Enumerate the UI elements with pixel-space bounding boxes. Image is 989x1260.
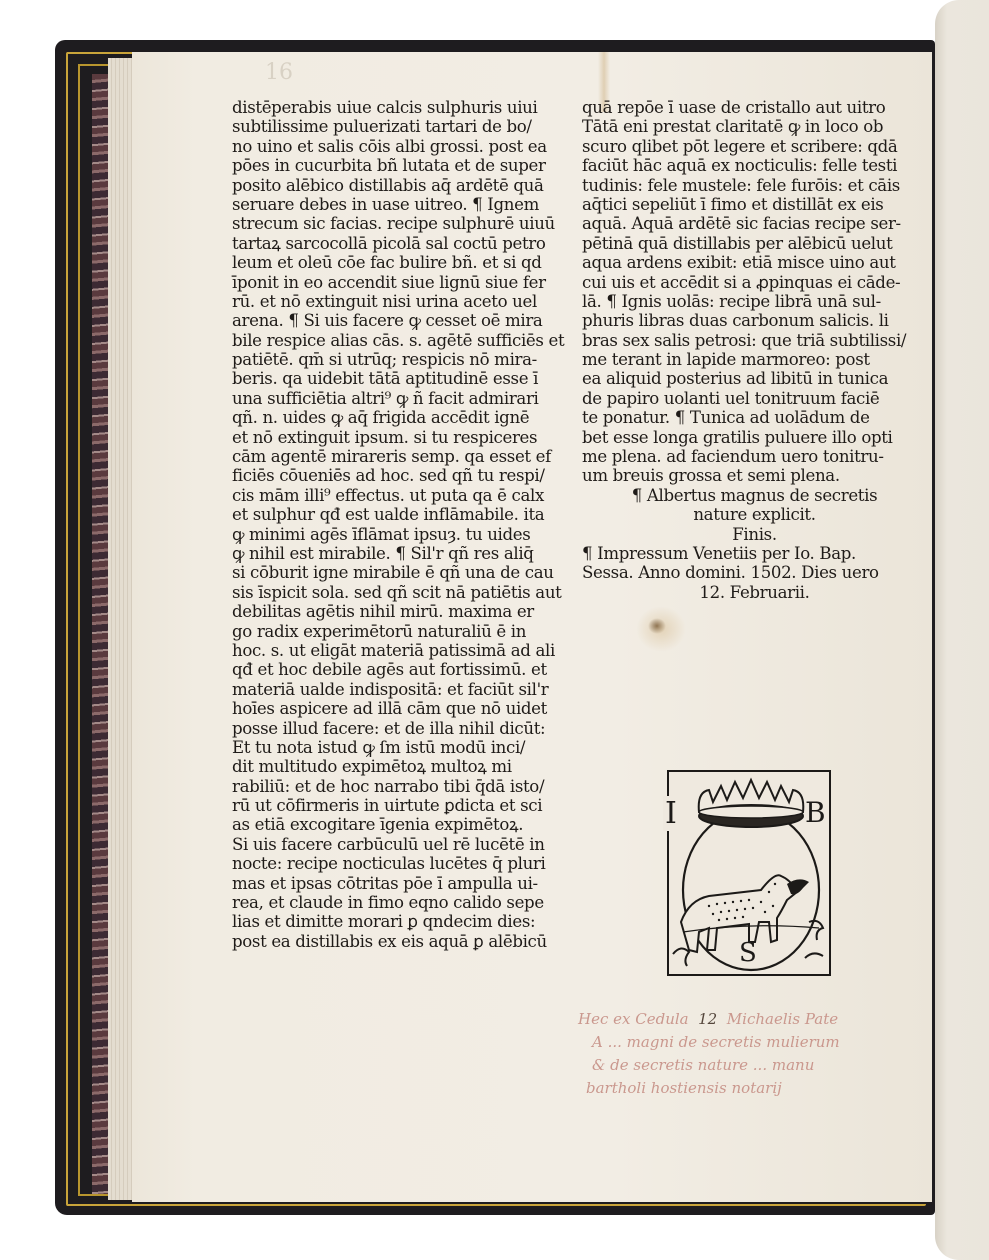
annotation-text: Michaelis Pate: [727, 1010, 838, 1028]
finis-line: Finis.: [582, 525, 927, 544]
imprint-line: ¶ Impressum Venetiis per Io. Bap.: [582, 544, 927, 563]
annotation-line: A ... magni de secretis mulierum: [578, 1031, 908, 1054]
text-line: lā. ¶ Ignis uolās: recipe librā unā sul-: [582, 292, 927, 311]
text-line: distēperabis uiue calcis sulphuris uiui: [232, 98, 577, 117]
text-line: lias et dimitte morari ꝑ qndecim dies:: [232, 912, 577, 931]
text-line: debilitas agētis nihil mirū. maxima er: [232, 602, 577, 621]
text-line: scuro qlibet pōt legere et scribere: qdā: [582, 137, 927, 156]
annotation-line: bartholi hostiensis notarij: [578, 1077, 908, 1100]
annotation-text: Hec ex Cedula: [578, 1010, 689, 1028]
text-line: cām agentē mirareris semp. qa esset ef: [232, 447, 577, 466]
printers-device-woodcut: I B S: [667, 770, 831, 976]
annotation-line: & de secretis nature ... manu: [578, 1054, 908, 1077]
text-line: pētinā quā distillabis per alēbicū uelut: [582, 234, 927, 253]
right-text-column: quā repōe ī uase de cristallo aut uitro …: [582, 98, 927, 602]
next-leaf-edge: [935, 0, 989, 1260]
text-line: Et tu nota istud ꝙ ſm istū modū inci/: [232, 738, 577, 757]
text-line: aqua ardens exibit: etiā misce uino aut: [582, 253, 927, 272]
text-line: posse illud facere: et de illa nihil dic…: [232, 719, 577, 738]
text-line: as etiā excogitare īgenia expimētoꝝ.: [232, 815, 577, 834]
text-line: um breuis grossa et semi plena.: [582, 466, 927, 485]
text-line: bet esse longa gratilis puluere illo opt…: [582, 428, 927, 447]
text-line: rea, et claude in fimo eqno calido sepe: [232, 893, 577, 912]
text-line: īponit in eo accendit siue lignū siue fe…: [232, 273, 577, 292]
text-line: leum et oleū cōe fac bulire bñ. et si qd: [232, 253, 577, 272]
text-line: ꝙ minimi agēs īflāmat ipsuȝ. tu uides: [232, 525, 577, 544]
text-line: rabiliū: et de hoc narrabo tibi q̄dā ist…: [232, 777, 577, 796]
text-line: qñ. n. uides ꝙ aq̄ frigida accēdit ignē: [232, 408, 577, 427]
explicit-line: ¶ Albertus magnus de secretis: [582, 486, 927, 505]
folio-number-showthrough: 16: [265, 60, 293, 85]
text-line: posito alēbico distillabis aq̄ ardētē qu…: [232, 176, 577, 195]
text-line: phuris libras duas carbonum salicis. li: [582, 311, 927, 330]
foxing-stain: [636, 606, 686, 652]
device-initial-bottom: S: [739, 938, 757, 968]
explicit-line: nature explicit.: [582, 505, 927, 524]
text-line: rū ut cōfirmeris in uirtute ꝑdicta et sc…: [232, 796, 577, 815]
text-line: quā repōe ī uase de cristallo aut uitro: [582, 98, 927, 117]
text-line: aquā. Aquā ardētē sic facias recipe ser-: [582, 214, 927, 233]
text-line: hoc. s. ut eligāt materiā patissimā ad a…: [232, 641, 577, 660]
imprint-line: Sessa. Anno domini. 1502. Dies uero: [582, 563, 927, 582]
annotation-number: 12: [698, 1010, 717, 1028]
text-line: faciūt hāc aquā ex nocticulis: felle tes…: [582, 156, 927, 175]
text-line: post ea distillabis ex eis aquā ꝑ alēbic…: [232, 932, 577, 951]
text-line: cui uis et accēdit si a ꝓpinquas ei cāde…: [582, 273, 927, 292]
text-line: te ponatur. ¶ Tunica ad uolādum de: [582, 408, 927, 427]
text-line: go radix experimētorū naturaliū ē in: [232, 622, 577, 641]
text-line: aq̄tici sepeliūt ī fimo et distillāt ex …: [582, 195, 927, 214]
text-line: no uino et salis cōis albi grossi. post …: [232, 137, 577, 156]
text-line: ea aliquid posterius ad libitū in tunica: [582, 369, 927, 388]
text-line: me terant in lapide marmoreo: post: [582, 350, 927, 369]
imprint-date: 12. Februarii.: [582, 583, 927, 602]
text-line: una sufficiētia altri⁹ ꝙ ñ facit admirar…: [232, 389, 577, 408]
device-initial-left: I: [663, 796, 679, 831]
text-line: hoīes aspicere ad illā cām que nō uidet: [232, 699, 577, 718]
annotation-line: Hec ex Cedula 12 Michaelis Pate: [578, 1008, 908, 1031]
device-initial-right: B: [805, 796, 826, 829]
text-line: bile respice alias cās. s. agētē suffici…: [232, 331, 577, 350]
text-line: de papiro uolanti uel tonitruum faciē: [582, 389, 927, 408]
text-line: strecum sic facias. recipe sulphurē uiuū: [232, 214, 577, 233]
text-line: beris. qa uidebit tātā aptitudinē esse ī: [232, 369, 577, 388]
manuscript-annotation: Hec ex Cedula 12 Michaelis Pate A ... ma…: [578, 1008, 908, 1100]
left-text-column: distēperabis uiue calcis sulphuris uiui …: [232, 98, 577, 951]
text-line: arena. ¶ Si uis facere ꝙ cesset oē mira: [232, 311, 577, 330]
text-line: materiā ualde indispositā: et faciūt sil…: [232, 680, 577, 699]
text-line: Tātā eni prestat claritatē ꝙ in loco ob: [582, 117, 927, 136]
text-line: nocte: recipe nocticulas lucētes q̄ plur…: [232, 854, 577, 873]
text-line: pōes in cucurbita bñ lutata et de super: [232, 156, 577, 175]
text-line: ꝙ nihil est mirabile. ¶ Sil'r qñ res ali…: [232, 544, 577, 563]
text-line: me plena. ad faciendum uero tonitru-: [582, 447, 927, 466]
text-line: qđ et hoc debile agēs aut fortissimū. et: [232, 660, 577, 679]
text-line: et nō extinguit ipsum. si tu respiceres: [232, 428, 577, 447]
text-line: cis mām illi⁹ effectus. ut puta qa ē cal…: [232, 486, 577, 505]
text-line: Si uis facere carbūculū uel rē lucētē in: [232, 835, 577, 854]
text-line: seruare debes in uase uitreo. ¶ Ignem: [232, 195, 577, 214]
text-line: tudinis: fele mustele: fele furōis: et c…: [582, 176, 927, 195]
text-line: et sulphur qđ est ualde inflāmabile. ita: [232, 505, 577, 524]
text-line: patiētē. qm̄ si utrūq; respicis nō mira-: [232, 350, 577, 369]
text-line: rū. et nō extinguit nisi urina aceto uel: [232, 292, 577, 311]
text-line: dit multitudo expimētoꝝ multoꝝ mi: [232, 757, 577, 776]
text-line: sis īspicit sola. sed qñ scit nā patiēti…: [232, 583, 577, 602]
text-line: subtilissime puluerizati tartari de bo/: [232, 117, 577, 136]
text-line: bras sex salis petrosi: que triā subtili…: [582, 331, 927, 350]
text-line: si cōburit igne mirabile ē qñ una de cau: [232, 563, 577, 582]
text-line: mas et ipsas cōtritas pōe ī ampulla ui-: [232, 874, 577, 893]
text-line: ficiēs cōueniēs ad hoc. sed qñ tu respi/: [232, 466, 577, 485]
text-line: tartaꝝ sarcocollā picolā sal coctū petro: [232, 234, 577, 253]
